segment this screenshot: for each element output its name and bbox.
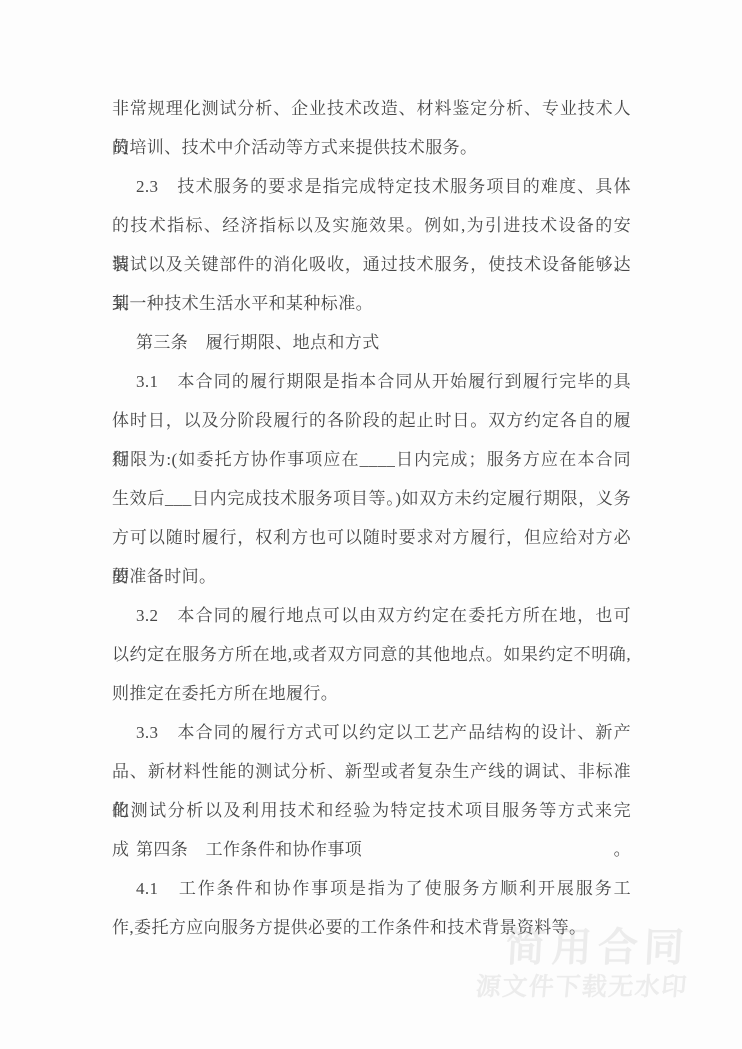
contract-body: 非常规理化测试分析、企业技术改造、材料鉴定分析、专业技术人员的培训、技术中介活动… — [112, 89, 631, 947]
contract-text-line: 生效后___日内完成技术服务项目等。)如双方未约定履行期限，义务 — [112, 479, 631, 518]
contract-text-line: 作,委托方应向服务方提供必要的工作条件和技术背景资料等。 — [112, 908, 631, 947]
contract-text-line: 品、新材料性能的测试分析、新型或者复杂生产线的调试、非标准化 — [112, 752, 631, 791]
contract-text-line: 3.1 本合同的履行期限是指本合同从开始履行到履行完毕的具 — [112, 362, 631, 401]
contract-text-line: 体时日，以及分阶段履行的各阶段的起止时日。双方约定各自的履行 — [112, 401, 631, 440]
contract-text-line: 的培训、技术中介活动等方式来提供技术服务。 — [112, 128, 631, 167]
contract-text-line: 3.2 本合同的履行地点可以由双方约定在委托方所在地，也可 — [112, 596, 631, 635]
contract-text-line: 则推定在委托方所在地履行。 — [112, 674, 631, 713]
contract-text-line: 的技术指标、经济指标以及实施效果。例如,为引进技术设备的安装、 — [112, 206, 631, 245]
contract-text-line: 期限为:(如委托方协作事项应在____日内完成；服务方应在本合同 — [112, 440, 631, 479]
contract-text-line: 非常规理化测试分析、企业技术改造、材料鉴定分析、专业技术人员 — [112, 89, 631, 128]
contract-text-line: 3.3 本合同的履行方式可以约定以工艺产品结构的设计、新产 — [112, 713, 631, 752]
contract-page: 简用合同 源文件下载无水印 非常规理化测试分析、企业技术改造、材料鉴定分析、专业… — [0, 0, 742, 1049]
contract-text-line: 某一种技术生活水平和某种标准。 — [112, 284, 631, 323]
contract-text-line: 的测试分析以及利用技术和经验为特定技术项目服务等方式来完成。 — [112, 791, 631, 830]
contract-text-line: 第三条 履行期限、地点和方式 — [112, 323, 631, 362]
watermark-tagline-text: 源文件下载无水印 — [474, 967, 689, 1003]
contract-text-line: 4.1 工作条件和协作事项是指为了使服务方顺利开展服务工 — [112, 869, 631, 908]
contract-text-line: 2.3 技术服务的要求是指完成特定技术服务项目的难度、具体 — [112, 167, 631, 206]
contract-text-line: 调试以及关键部件的消化吸收，通过技术服务，使技术设备能够达到 — [112, 245, 631, 284]
contract-text-line: 的准备时间。 — [112, 557, 631, 596]
contract-text-line: 以约定在服务方所在地,或者双方同意的其他地点。如果约定不明确, — [112, 635, 631, 674]
contract-text-line: 方可以随时履行，权利方也可以随时要求对方履行，但应给对方必要 — [112, 518, 631, 557]
